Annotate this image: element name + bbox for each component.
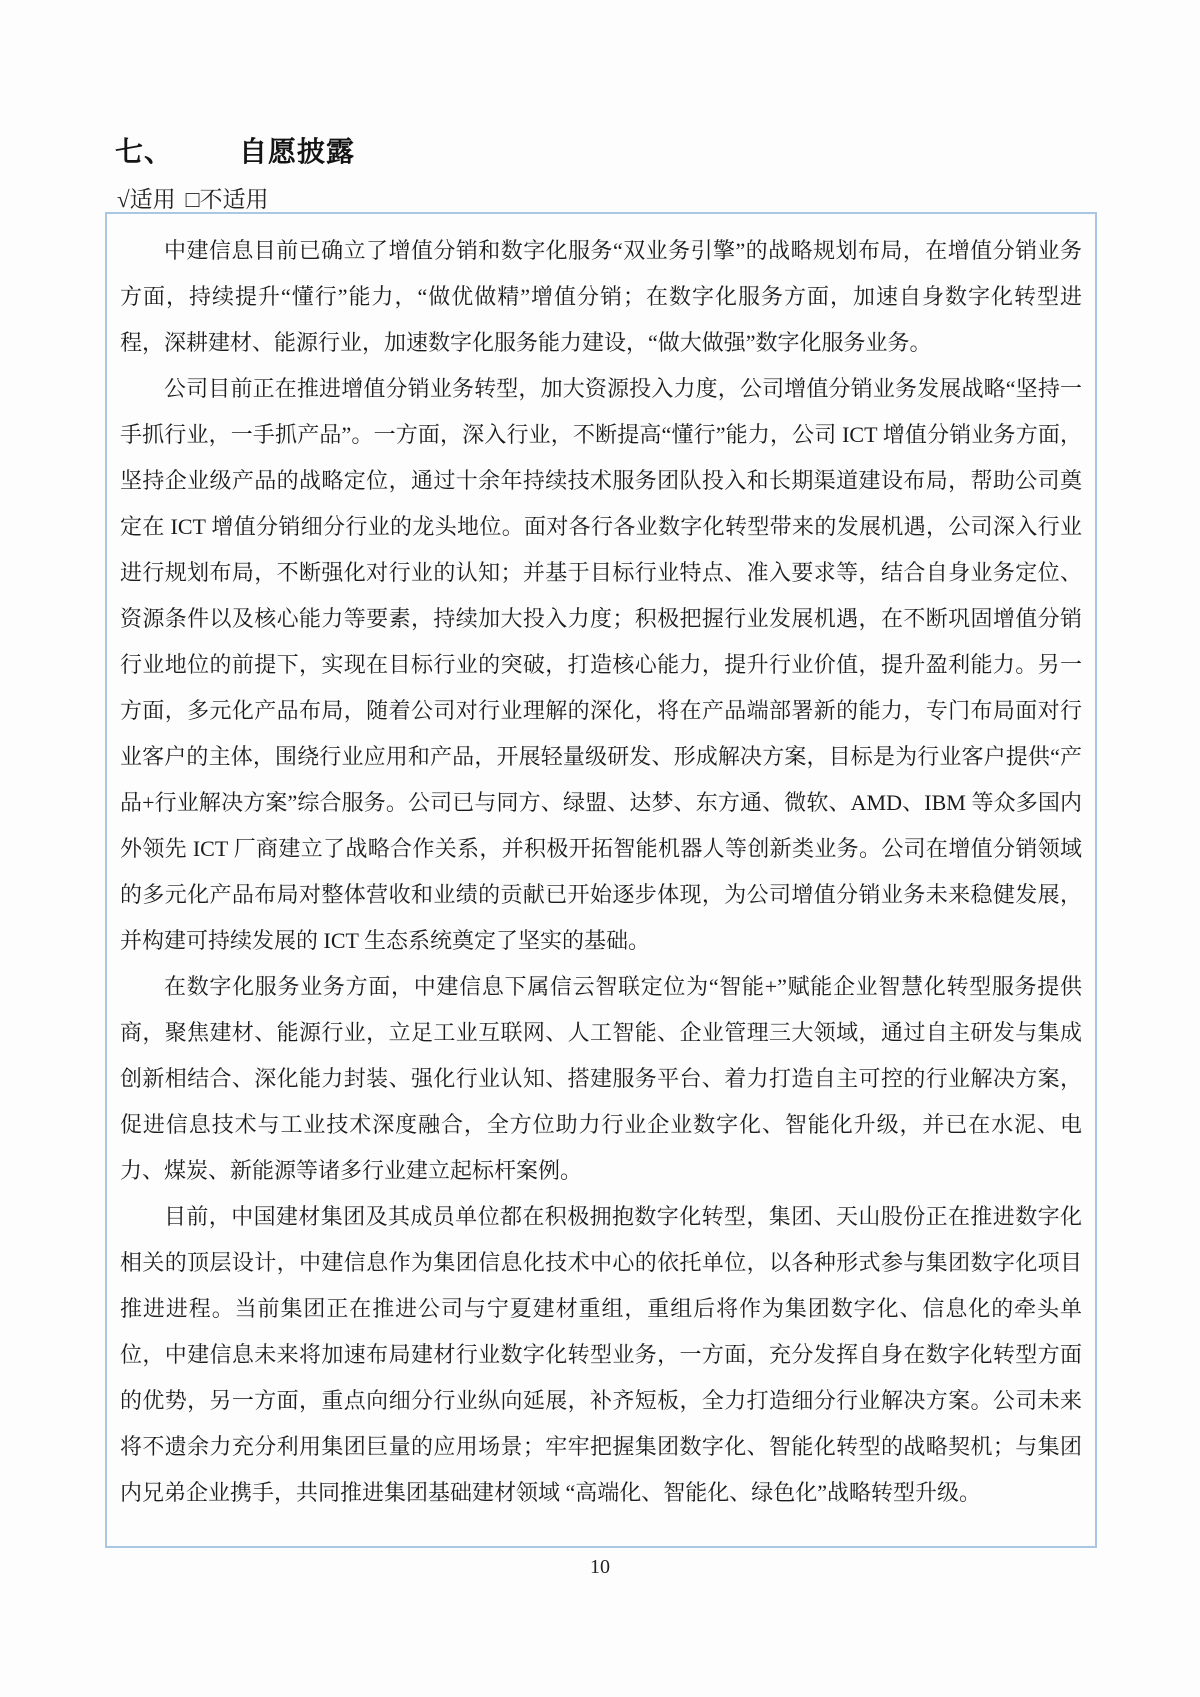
disclosure-text-box: 中建信息目前已确立了增值分销和数字化服务“双业务引擎”的战略规划布局，在增值分销… bbox=[105, 212, 1097, 1548]
disclosure-paragraph-1: 中建信息目前已确立了增值分销和数字化服务“双业务引擎”的战略规划布局，在增值分销… bbox=[120, 228, 1082, 366]
page-number: 10 bbox=[0, 1556, 1200, 1579]
section-title: 自愿披露 bbox=[239, 130, 355, 170]
disclosure-paragraph-3: 在数字化服务业务方面，中建信息下属信云智联定位为“智能+”赋能企业智慧化转型服务… bbox=[120, 964, 1082, 1194]
disclosure-paragraph-2: 公司目前正在推进增值分销业务转型，加大资源投入力度，公司增值分销业务发展战略“坚… bbox=[120, 366, 1082, 964]
disclosure-paragraph-4: 目前，中国建材集团及其成员单位都在积极拥抱数字化转型，集团、天山股份正在推进数字… bbox=[120, 1194, 1082, 1516]
applicable-checked-label: √适用 bbox=[117, 187, 176, 212]
applicability-line: √适用□不适用 bbox=[117, 181, 269, 214]
document-page: 七、 自愿披露 √适用□不适用 中建信息目前已确立了增值分销和数字化服务“双业务… bbox=[0, 0, 1200, 1697]
section-heading: 七、 自愿披露 bbox=[115, 130, 355, 170]
section-number: 七、 bbox=[115, 130, 173, 170]
not-applicable-unchecked-label: □不适用 bbox=[186, 187, 269, 212]
